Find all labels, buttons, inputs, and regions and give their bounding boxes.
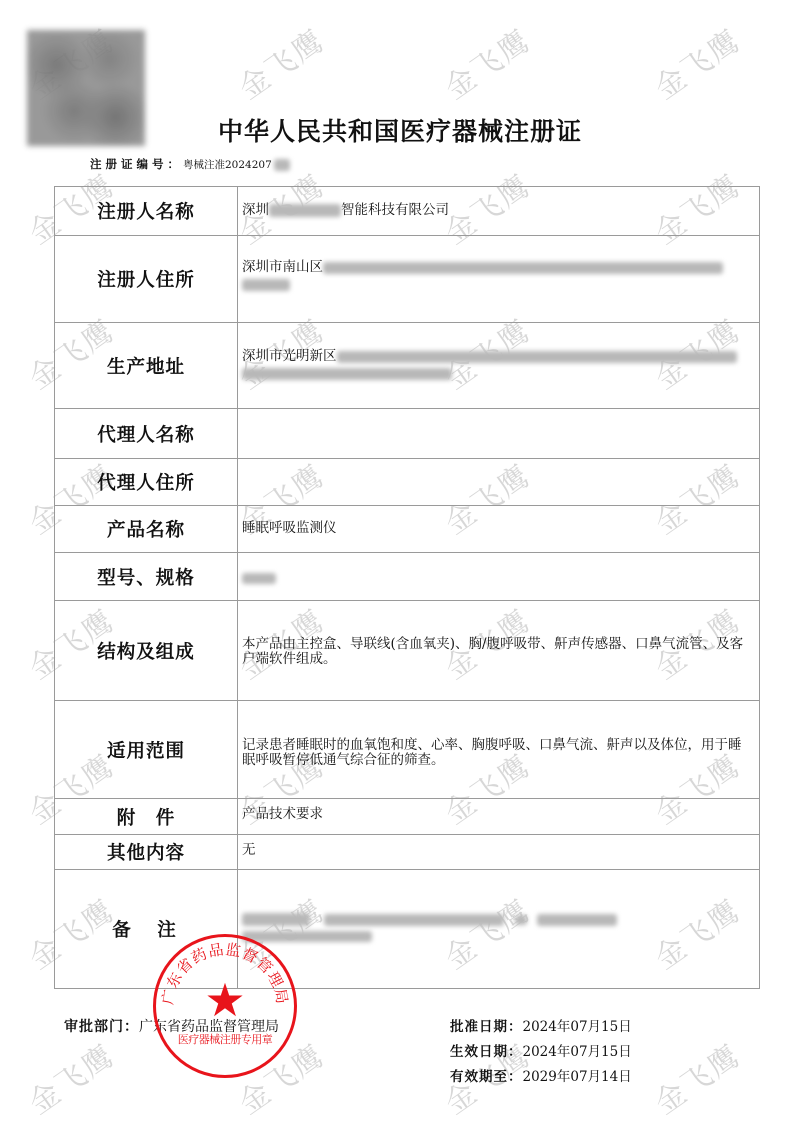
row-label: 代理人名称 xyxy=(55,409,238,459)
effective-date: 生效日期：2024年07月15日 xyxy=(450,1040,632,1065)
table-row: 注册人住所 深圳市南山区 xyxy=(55,236,760,323)
table-row: 其他内容 无 xyxy=(55,835,760,870)
redacted-block xyxy=(324,914,504,926)
product-name-value: 睡眠呼吸监测仪 xyxy=(242,506,751,536)
registration-number: 注册证编号：粤械注准2024207 xyxy=(90,156,290,172)
row-label: 其他内容 xyxy=(55,835,238,870)
row-label: 附 件 xyxy=(55,799,238,835)
row-value: 深圳市南山区 xyxy=(238,236,760,323)
effective-date-label: 生效日期： xyxy=(450,1044,523,1060)
row-value: 深圳智能科技有限公司 xyxy=(238,187,760,236)
watermark: 金飞鹰 xyxy=(434,16,538,107)
table-row: 结构及组成 本产品由主控盒、导联线(含血氧夹)、胸/腹呼吸带、鼾声传感器、口鼻气… xyxy=(55,601,760,701)
registration-number-label: 注册证编号： xyxy=(90,157,183,171)
redacted-block xyxy=(242,931,372,942)
row-value: 深圳市光明新区 xyxy=(238,323,760,409)
approval-date-label: 批准日期： xyxy=(450,1019,523,1035)
watermark: 金飞鹰 xyxy=(644,1031,748,1122)
row-label: 备 注 xyxy=(55,870,238,989)
registrant-address-prefix: 深圳市南山区 xyxy=(242,259,323,275)
watermark: 金飞鹰 xyxy=(644,16,748,107)
scope-of-application-value: 记录患者睡眠时的血氧饱和度、心率、胸腹呼吸、口鼻气流、鼾声以及体位，用于睡眠呼吸… xyxy=(242,701,751,768)
table-row: 备 注 xyxy=(55,870,760,989)
redacted-block xyxy=(537,914,617,926)
watermark: 金飞鹰 xyxy=(228,16,332,107)
approval-department-value: 广东省药品监督管理局 xyxy=(139,1019,279,1035)
row-label: 代理人住所 xyxy=(55,459,238,506)
redacted-block xyxy=(515,915,527,925)
row-label: 注册人住所 xyxy=(55,236,238,323)
redacted-block xyxy=(242,368,452,380)
registrant-name-suffix: 智能科技有限公司 xyxy=(341,202,449,218)
agent-name-value xyxy=(238,409,760,459)
agent-address-value xyxy=(238,459,760,506)
approval-department-label: 审批部门： xyxy=(64,1019,139,1035)
approval-date: 批准日期：2024年07月15日 xyxy=(450,1015,632,1040)
row-value: 产品技术要求 xyxy=(238,799,760,835)
row-value xyxy=(238,870,760,989)
row-label: 型号、规格 xyxy=(55,553,238,601)
redacted-block xyxy=(242,279,290,291)
approval-department: 审批部门：广东省药品监督管理局 xyxy=(64,1016,279,1036)
row-label: 生产地址 xyxy=(55,323,238,409)
table-row: 附 件 产品技术要求 xyxy=(55,799,760,835)
registrant-name-prefix: 深圳 xyxy=(242,202,269,218)
table-row: 代理人住所 xyxy=(55,459,760,506)
row-label: 适用范围 xyxy=(55,701,238,799)
table-row: 注册人名称 深圳智能科技有限公司 xyxy=(55,187,760,236)
registration-number-value: 粤械注准2024207 xyxy=(183,159,272,171)
row-value: 记录患者睡眠时的血氧饱和度、心率、胸腹呼吸、口鼻气流、鼾声以及体位，用于睡眠呼吸… xyxy=(238,701,760,799)
approval-date-value: 2024年07月15日 xyxy=(523,1019,632,1035)
watermark: 金飞鹰 xyxy=(18,1031,122,1122)
certificate-table: 注册人名称 深圳智能科技有限公司 注册人住所 深圳市南山区 生产地址 深圳市光明… xyxy=(54,186,760,989)
table-row: 适用范围 记录患者睡眠时的血氧饱和度、心率、胸腹呼吸、口鼻气流、鼾声以及体位，用… xyxy=(55,701,760,799)
row-label: 注册人名称 xyxy=(55,187,238,236)
row-value xyxy=(238,553,760,601)
effective-date-value: 2024年07月15日 xyxy=(523,1044,632,1060)
watermark: 金飞鹰 xyxy=(228,1031,332,1122)
table-row: 代理人名称 xyxy=(55,409,760,459)
structure-composition-value: 本产品由主控盒、导联线(含血氧夹)、胸/腹呼吸带、鼾声传感器、口鼻气流管、及客户… xyxy=(242,601,751,667)
expiry-date-label: 有效期至： xyxy=(450,1069,523,1085)
dates-block: 批准日期：2024年07月15日 生效日期：2024年07月15日 有效期至：2… xyxy=(450,1015,632,1090)
row-value: 睡眠呼吸监测仪 xyxy=(238,506,760,553)
table-row: 产品名称 睡眠呼吸监测仪 xyxy=(55,506,760,553)
redacted-block xyxy=(269,204,341,217)
redacted-block xyxy=(242,913,310,926)
row-label: 产品名称 xyxy=(55,506,238,553)
redacted-block xyxy=(242,573,276,584)
redacted-block xyxy=(337,351,737,363)
redacted-block xyxy=(274,159,290,171)
row-value: 本产品由主控盒、导联线(含血氧夹)、胸/腹呼吸带、鼾声传感器、口鼻气流管、及客户… xyxy=(238,601,760,701)
table-row: 型号、规格 xyxy=(55,553,760,601)
table-row: 生产地址 深圳市光明新区 xyxy=(55,323,760,409)
row-value: 无 xyxy=(238,835,760,870)
expiry-date-value: 2029年07月14日 xyxy=(523,1069,632,1085)
row-label: 结构及组成 xyxy=(55,601,238,701)
attachment-value: 产品技术要求 xyxy=(242,799,751,822)
production-address-prefix: 深圳市光明新区 xyxy=(242,348,337,364)
other-content-value: 无 xyxy=(242,835,751,858)
document-title: 中华人民共和国医疗器械注册证 xyxy=(0,112,800,148)
redacted-block xyxy=(323,262,723,274)
expiry-date: 有效期至：2029年07月14日 xyxy=(450,1065,632,1090)
